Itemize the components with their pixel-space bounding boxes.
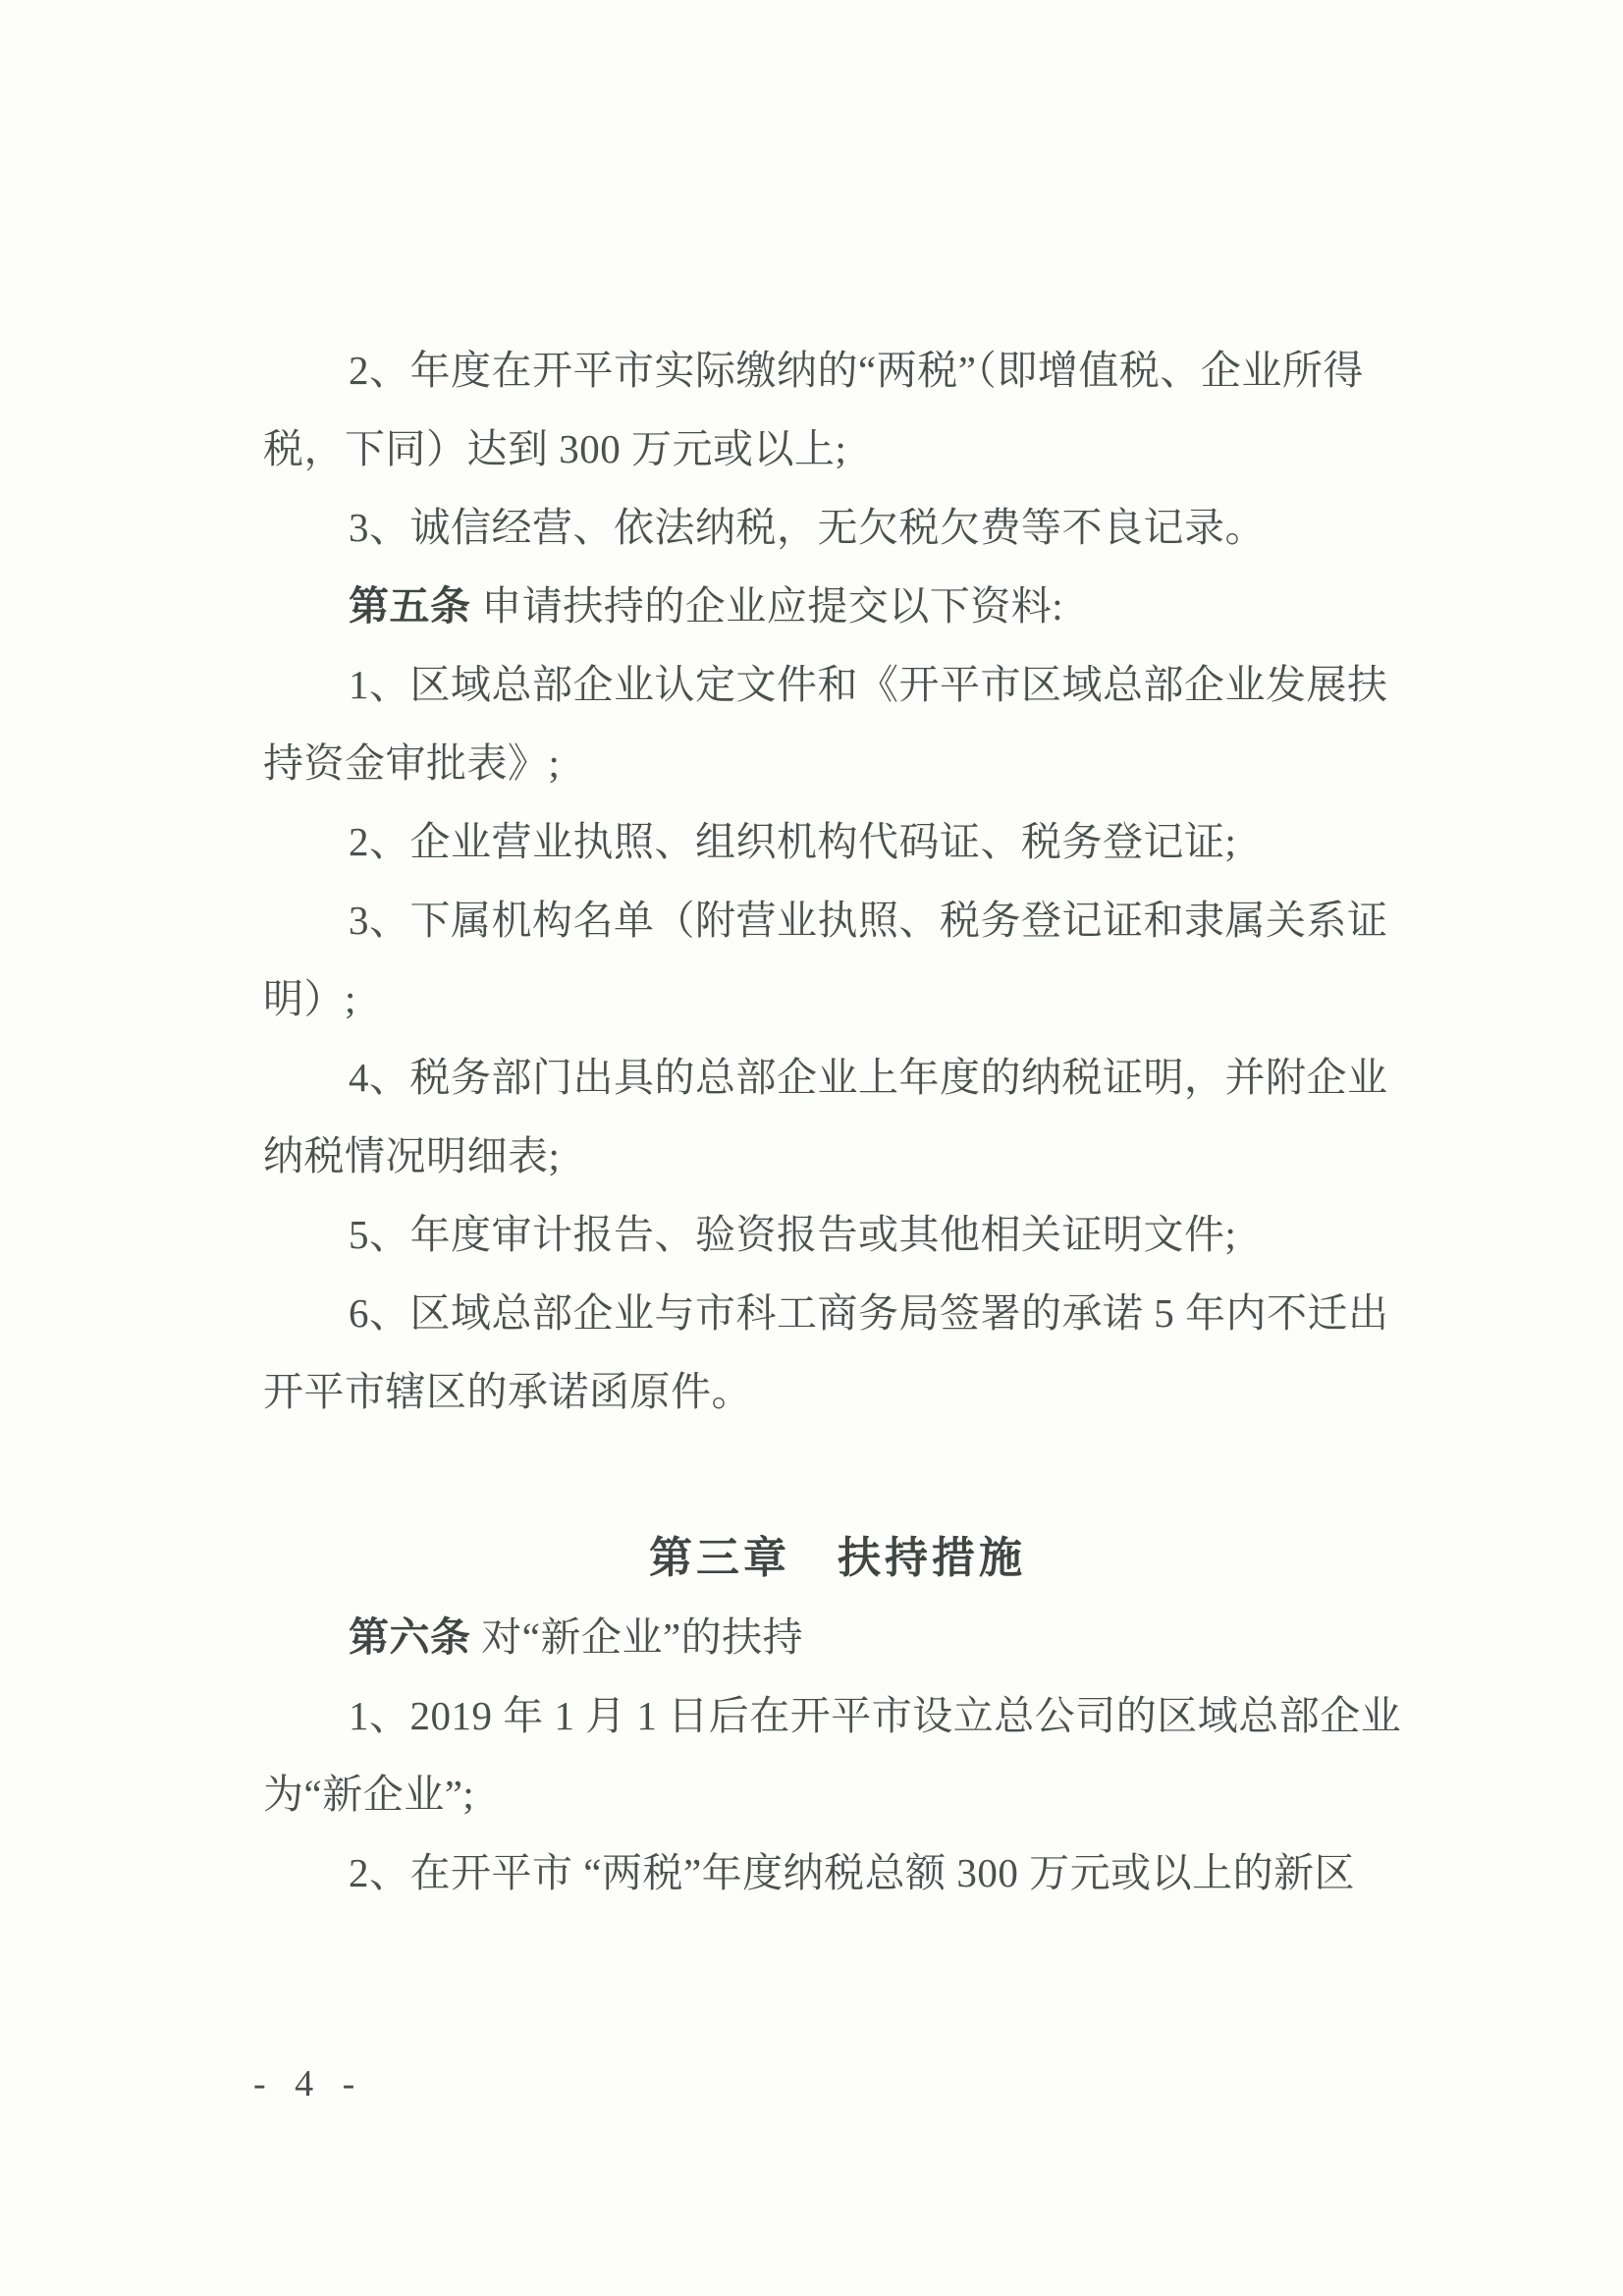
text-line: 第六条 对“新企业”的扶持 bbox=[263, 1598, 1412, 1676]
text-line: 3、诚信经营、依法纳税，无欠税欠费等不良记录。 bbox=[263, 488, 1412, 567]
text-segment: 4、税务部门出具的总部企业上年度的纳税证明，并附企业 bbox=[349, 1055, 1388, 1100]
text-line: 纳税情况明细表; bbox=[263, 1117, 1412, 1195]
text-line: 2、在开平市 “两税”年度纳税总额 300 万元或以上的新区 bbox=[263, 1833, 1412, 1912]
text-line: 1、区域总部企业认定文件和《开平市区域总部企业发展扶 bbox=[263, 645, 1412, 724]
text-segment: 2、企业营业执照、组织机构代码证、税务登记证; bbox=[349, 819, 1236, 864]
text-line: 5、年度审计报告、验资报告或其他相关证明文件; bbox=[263, 1195, 1412, 1274]
chapter-heading: 第三章 扶持措施 bbox=[263, 1519, 1412, 1598]
page-number: - 4 - bbox=[253, 2060, 364, 2107]
text-segment: 3、诚信经营、依法纳税，无欠税欠费等不良记录。 bbox=[349, 505, 1266, 550]
text-line: 为“新企业”; bbox=[263, 1755, 1412, 1833]
article-number-label: 第六条 bbox=[349, 1614, 471, 1660]
text-line: 税，下同）达到 300 万元或以上; bbox=[263, 410, 1412, 488]
text-segment: 持资金审批表》; bbox=[263, 740, 560, 786]
document-body: 2、年度在开平市实际缴纳的“两税”（即增值税、企业所得税，下同）达到 300 万… bbox=[263, 331, 1412, 1912]
text-segment: 开平市辖区的承诺函原件。 bbox=[263, 1369, 752, 1414]
text-line: 1、2019 年 1 月 1 日后在开平市设立总公司的区域总部企业 bbox=[263, 1676, 1412, 1755]
text-segment: 3、下属机构名单（附营业执照、税务登记证和隶属关系证 bbox=[349, 898, 1388, 943]
text-segment: 税，下同）达到 300 万元或以上; bbox=[263, 426, 846, 471]
text-segment: 2、在开平市 “两税”年度纳税总额 300 万元或以上的新区 bbox=[349, 1850, 1355, 1895]
document-page: 2、年度在开平市实际缴纳的“两税”（即增值税、企业所得税，下同）达到 300 万… bbox=[0, 0, 1623, 2296]
text-line: 开平市辖区的承诺函原件。 bbox=[263, 1352, 1412, 1431]
text-line: 2、企业营业执照、组织机构代码证、税务登记证; bbox=[263, 802, 1412, 881]
paragraph-block-top: 2、年度在开平市实际缴纳的“两税”（即增值税、企业所得税，下同）达到 300 万… bbox=[263, 331, 1412, 1431]
text-line: 3、下属机构名单（附营业执照、税务登记证和隶属关系证 bbox=[263, 881, 1412, 959]
text-segment: 1、区域总部企业认定文件和《开平市区域总部企业发展扶 bbox=[349, 662, 1388, 707]
article-number-label: 第五条 bbox=[349, 583, 471, 629]
text-line: 明）; bbox=[263, 959, 1412, 1038]
text-segment: 明）; bbox=[263, 976, 356, 1021]
text-line: 6、区域总部企业与市科工商务局签署的承诺 5 年内不迁出 bbox=[263, 1274, 1412, 1352]
text-line: 第五条 申请扶持的企业应提交以下资料: bbox=[263, 567, 1412, 645]
text-segment: 纳税情况明细表; bbox=[263, 1133, 560, 1178]
text-segment: 为“新企业”; bbox=[263, 1772, 474, 1817]
text-line: 持资金审批表》; bbox=[263, 724, 1412, 802]
text-line: 2、年度在开平市实际缴纳的“两税”（即增值税、企业所得 bbox=[263, 331, 1412, 410]
text-line: 4、税务部门出具的总部企业上年度的纳税证明，并附企业 bbox=[263, 1038, 1412, 1117]
text-segment: 申请扶持的企业应提交以下资料: bbox=[471, 583, 1064, 629]
text-segment: 对“新企业”的扶持 bbox=[471, 1614, 804, 1660]
paragraph-block-bottom: 第六条 对“新企业”的扶持1、2019 年 1 月 1 日后在开平市设立总公司的… bbox=[263, 1598, 1412, 1912]
text-segment: 2、年度在开平市实际缴纳的“两税”（即增值税、企业所得 bbox=[349, 348, 1364, 393]
text-segment: 1、2019 年 1 月 1 日后在开平市设立总公司的区域总部企业 bbox=[349, 1693, 1401, 1738]
text-segment: 6、区域总部企业与市科工商务局签署的承诺 5 年内不迁出 bbox=[349, 1290, 1389, 1336]
text-segment: 5、年度审计报告、验资报告或其他相关证明文件; bbox=[349, 1212, 1236, 1257]
